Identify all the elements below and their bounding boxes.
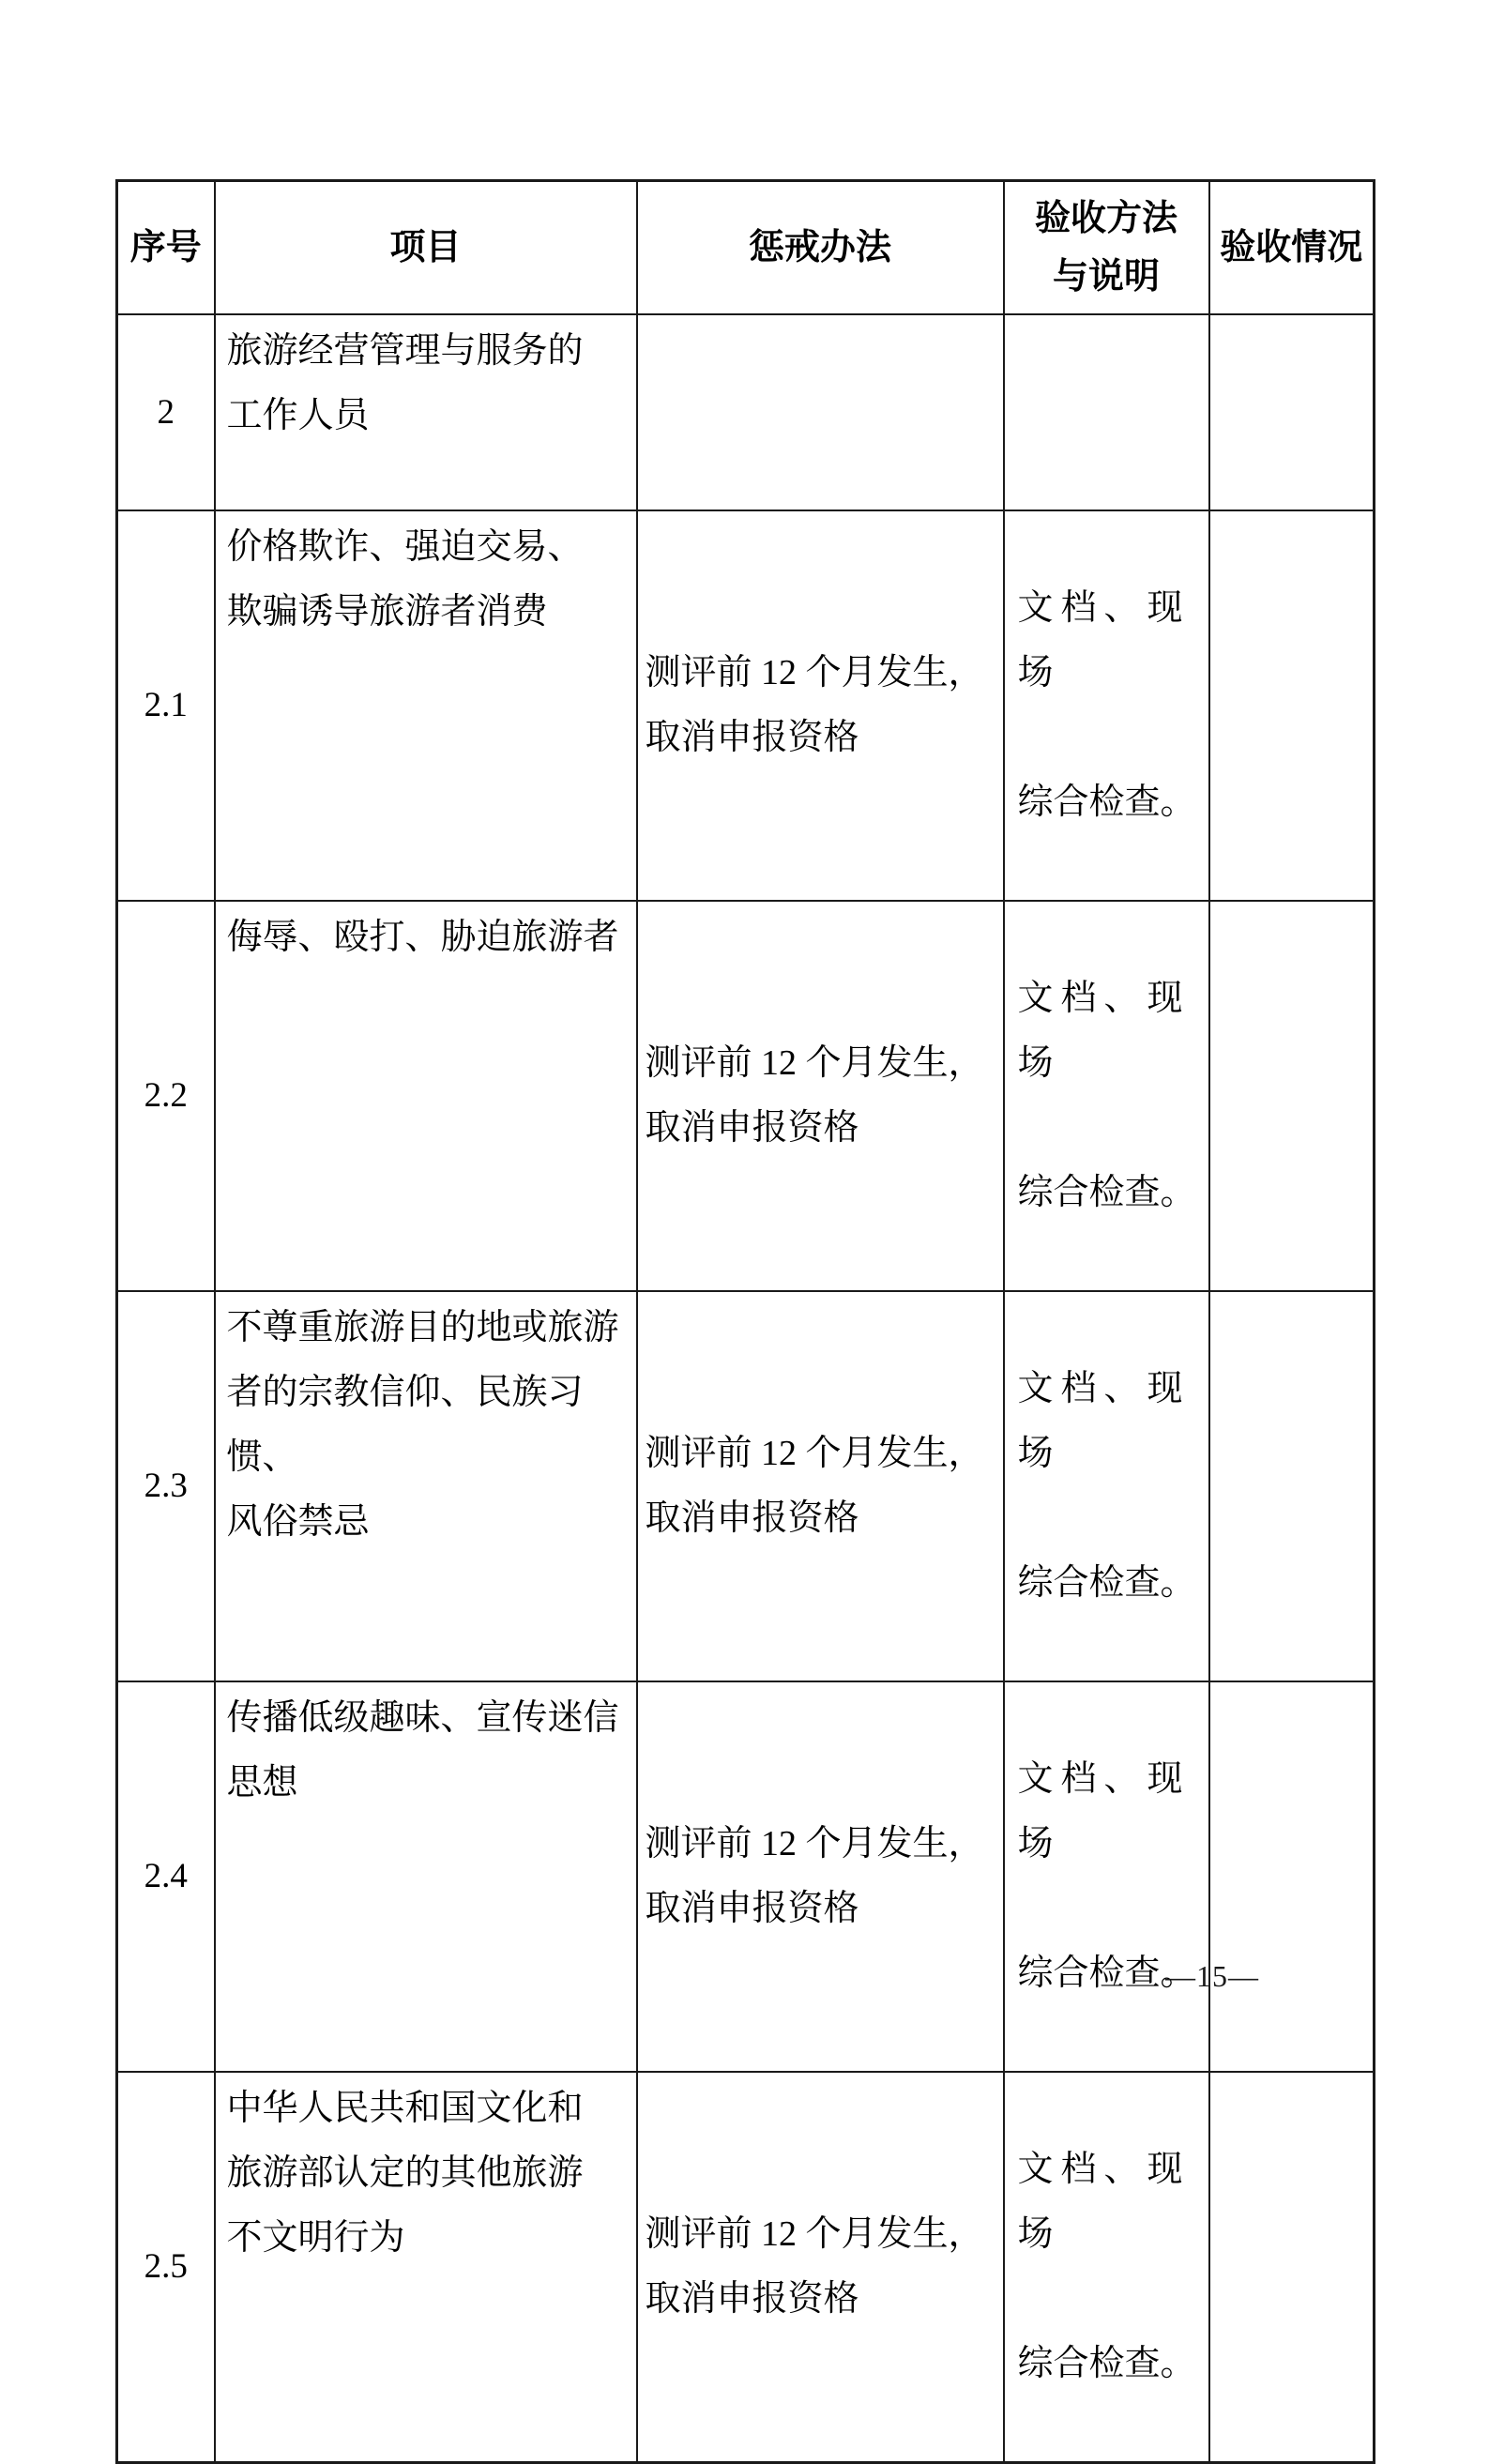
acceptance-method-cell: 文档、现场 综合检查。 [1004, 510, 1209, 901]
header-no: 序号 [117, 181, 215, 314]
item-cell: 中华人民共和国文化和 旅游部认定的其他旅游 不文明行为 [215, 2072, 637, 2463]
punishment-acceptance-table: 序号 项目 惩戒办法 验收方法 与说明 验收情况 2 旅游经营管理与服务的 工作… [115, 179, 1375, 2464]
acceptance-line: 综合检查。 [1018, 1161, 1199, 1225]
acceptance-line: 文档、现场 [1018, 966, 1199, 1096]
acceptance-status-cell [1209, 1291, 1375, 1681]
penalty-cell [637, 314, 1004, 510]
acceptance-line: 文档、现场 [1018, 576, 1199, 706]
penalty-cell: 测评前 12 个月发生， 取消申报资格 [637, 1291, 1004, 1681]
header-penalty: 惩戒办法 [637, 181, 1004, 314]
row-no: 2.2 [117, 901, 215, 1291]
table-row: 2.2 侮辱、殴打、胁迫旅游者 测评前 12 个月发生， 取消申报资格 文档、现… [117, 901, 1375, 1291]
table-row: 2.1 价格欺诈、强迫交易、 欺骗诱导旅游者消费 测评前 12 个月发生， 取消… [117, 510, 1375, 901]
table-row: 2.4 传播低级趣味、宣传迷信 思想 测评前 12 个月发生， 取消申报资格 文… [117, 1681, 1375, 2072]
row-no: 2.3 [117, 1291, 215, 1681]
acceptance-line: 文档、现场 [1018, 1357, 1199, 1486]
row-no: 2 [117, 314, 215, 510]
document-page: 序号 项目 惩戒办法 验收方法 与说明 验收情况 2 旅游经营管理与服务的 工作… [0, 0, 1489, 2107]
acceptance-line: 文档、现场 [1018, 1747, 1199, 1877]
acceptance-method-cell: 文档、现场 综合检查。 [1004, 901, 1209, 1291]
acceptance-method-cell: 文档、现场 综合检查。 [1004, 1291, 1209, 1681]
row-no: 2.4 [117, 1681, 215, 2072]
acceptance-status-cell [1209, 510, 1375, 901]
header-item: 项目 [215, 181, 637, 314]
table-row: 2.3 不尊重旅游目的地或旅游 者的宗教信仰、民族习惯、 风俗禁忌 测评前 12… [117, 1291, 1375, 1681]
penalty-cell: 测评前 12 个月发生， 取消申报资格 [637, 901, 1004, 1291]
item-cell: 旅游经营管理与服务的 工作人员 [215, 314, 637, 510]
table-row: 2.5 中华人民共和国文化和 旅游部认定的其他旅游 不文明行为 测评前 12 个… [117, 2072, 1375, 2463]
header-acceptance-method: 验收方法 与说明 [1004, 181, 1209, 314]
acceptance-method-cell: 文档、现场 综合检查。 [1004, 2072, 1209, 2463]
acceptance-line: 文档、现场 [1018, 2137, 1199, 2267]
row-no: 2.1 [117, 510, 215, 901]
penalty-cell: 测评前 12 个月发生， 取消申报资格 [637, 2072, 1004, 2463]
penalty-cell: 测评前 12 个月发生， 取消申报资格 [637, 1681, 1004, 2072]
table-header-row: 序号 项目 惩戒办法 验收方法 与说明 验收情况 [117, 181, 1375, 314]
table-row: 2 旅游经营管理与服务的 工作人员 [117, 314, 1375, 510]
acceptance-status-cell [1209, 901, 1375, 1291]
header-acceptance-status: 验收情况 [1209, 181, 1375, 314]
acceptance-method-cell [1004, 314, 1209, 510]
item-cell: 价格欺诈、强迫交易、 欺骗诱导旅游者消费 [215, 510, 637, 901]
acceptance-status-cell [1209, 2072, 1375, 2463]
item-cell: 侮辱、殴打、胁迫旅游者 [215, 901, 637, 1291]
page-number: —15— [1165, 1957, 1259, 1995]
item-cell: 传播低级趣味、宣传迷信 思想 [215, 1681, 637, 2072]
acceptance-method-cell: 文档、现场 综合检查。 [1004, 1681, 1209, 2072]
penalty-cell: 测评前 12 个月发生， 取消申报资格 [637, 510, 1004, 901]
acceptance-line: 综合检查。 [1018, 770, 1199, 835]
row-no: 2.5 [117, 2072, 215, 2463]
item-cell: 不尊重旅游目的地或旅游 者的宗教信仰、民族习惯、 风俗禁忌 [215, 1291, 637, 1681]
acceptance-status-cell [1209, 314, 1375, 510]
acceptance-line: 综合检查。 [1018, 2332, 1199, 2396]
acceptance-line: 综合检查。 [1018, 1551, 1199, 1616]
acceptance-status-cell [1209, 1681, 1375, 2072]
